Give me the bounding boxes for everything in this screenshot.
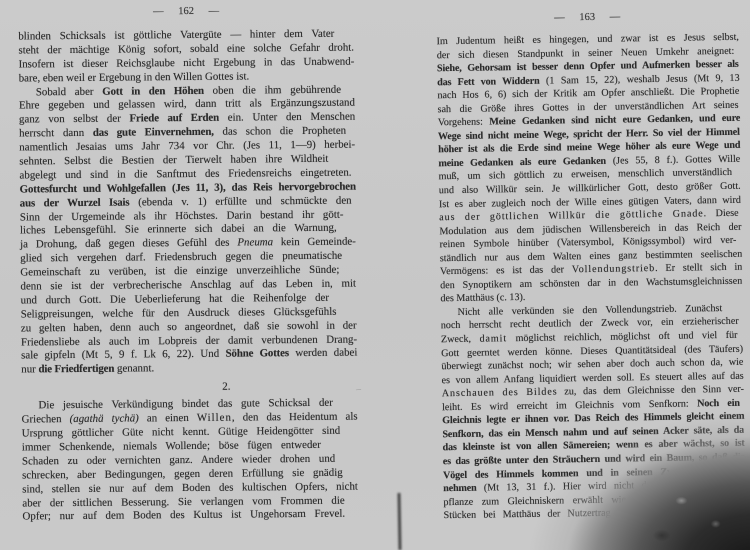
text-segment: und durch Gott. Die Ueberlieferung hat d… <box>21 292 329 307</box>
text-segment: Vermögens: es ist das der <box>440 265 572 278</box>
text-segment: Insofern ist dieser Reichsglaube nicht E… <box>19 55 355 70</box>
text-segment: genannt. <box>114 363 154 375</box>
text-segment: . Er stellt sich in <box>655 262 742 274</box>
text-segment: Sinn der Urgemeinde als ihr Höchstes. Da… <box>20 208 344 223</box>
text-segment: immer Schenkende, niemals Wollende; böse… <box>22 439 321 454</box>
text-segment: meine Gedanken als eure Gedanken <box>438 156 606 169</box>
text-segment: Noch ein <box>697 398 740 410</box>
text-segment: zu gelten haben, denn auch so angeordnet… <box>21 319 357 334</box>
text-segment: denn sie ist der verbrecherische Anschla… <box>20 278 356 293</box>
text-segment: Griechen <box>22 413 70 425</box>
text-segment: liches Lebensgefühl. Sie erinnerte sich … <box>20 222 337 237</box>
text-line: sale gipfeln (Mt 5, 9 f. Lk 6, 22). Und … <box>21 347 357 364</box>
text-segment: namentlich Jesaias ums Jahr 734 vor Chr.… <box>19 139 355 154</box>
text-segment: Opfer; nur auf dem Boden des Kultus ist … <box>22 508 345 523</box>
text-segment: , den das Heidentum als <box>232 411 358 424</box>
text-segment: Gemeinschaft zu verüben, ist die einzige… <box>20 264 339 279</box>
text-segment: werden dabei <box>289 347 358 360</box>
text-segment: des Matthäus (c. 13). <box>440 292 525 304</box>
text-segment: blinden Schicksals ist göttliche Vatergü… <box>18 28 334 43</box>
page-number-header: — 163 — <box>436 9 738 27</box>
text-segment: bare, eben weil er Ergebung in den Wille… <box>19 70 250 84</box>
text-segment: Vollendungstrieb <box>572 263 655 275</box>
text-line-content: Opfer; nur auf dem Boden des Kultus ist … <box>22 508 345 525</box>
text-line-content: des Matthäus (c. 13). <box>440 291 525 306</box>
text-segment: glied sich vergehen darf. Friedensbruch … <box>20 250 342 265</box>
text-segment: Sobald aber <box>36 85 103 98</box>
text-segment: ja Drohung, daß gegen dieses Gefühl des <box>20 237 237 251</box>
text-segment: ganz von selbst der <box>19 113 130 126</box>
text-segment: oben die ihm gebührende <box>204 83 341 96</box>
text-segment: (1 Sam 15, 22), weshalb Jesus (Mt 9, 13 <box>539 72 739 86</box>
text-segment: Friedensliebe als auch im Lobpreis der d… <box>21 333 357 348</box>
text-segment: sind, stellen sie nur auf dem Boden des … <box>22 480 358 495</box>
page-162: — 162 — blinden Schicksals ist göttliche… <box>18 0 359 525</box>
text-segment: aber der sittlichen Besserung. Sie verla… <box>22 494 344 509</box>
gutter-shadow-line <box>398 493 402 550</box>
text-segment: das gute Einvernehmen, <box>93 126 214 139</box>
text-segment: nehmen <box>443 483 476 494</box>
text-segment: Schaden zu oder vernichten ganz. Andere … <box>22 453 335 468</box>
text-segment: Ursprung göttlicher Güte nicht kennt. Gü… <box>22 425 341 440</box>
text-segment: abgelegt und sind in die Sanftmut des Fr… <box>19 166 351 181</box>
text-segment: aus der Wurzel Isais <box>20 196 130 209</box>
text-segment: Willen <box>197 412 232 424</box>
text-segment: Pneuma <box>237 237 273 249</box>
text-segment: an einen <box>139 412 197 425</box>
text-segment: (agathä tychä) <box>70 413 139 426</box>
text-segment: Die jesuische Verkündigung bindet das gu… <box>38 397 332 412</box>
text-segment: den Synoptikern am schönsten dar in den … <box>440 276 742 291</box>
section-heading: 2. <box>58 375 394 398</box>
text-line-content: Insofern ist dieser Reichsglaube nicht E… <box>19 55 355 72</box>
text-segment: ein. Unter den Menschen <box>219 111 355 124</box>
text-line: nur die Friedfertigen genannt. <box>21 361 357 378</box>
text-line-content: nur die Friedfertigen genannt. <box>21 363 154 378</box>
page-body: blinden Schicksals ist göttliche Vatergü… <box>18 28 358 525</box>
text-segment: steht der mächtige König sofort, sobald … <box>18 41 354 56</box>
text-segment: sale gipfeln (Mt 5, 9 f. Lk 6, 22). Und <box>21 348 226 362</box>
text-segment: zu, das dem Gleichnisse den Sinn ver- <box>558 384 744 398</box>
page-163: — 163 — Im Judentum heißt es hingegen, u… <box>436 0 746 523</box>
text-segment: Ehre gegeben und gelassen wird, dann tri… <box>19 97 355 112</box>
text-line-content: sale gipfeln (Mt 5, 9 f. Lk 6, 22). Und … <box>21 347 357 364</box>
text-segment: Seligpreisungen, welche für den Ausdruck… <box>21 306 337 321</box>
page-number-header: — 162 — <box>18 4 354 21</box>
text-segment: damit <box>479 333 507 344</box>
text-line: Opfer; nur auf dem Boden des Kultus ist … <box>22 508 358 525</box>
text-segment: Friede auf Erden <box>129 112 219 125</box>
text-segment: schrecken, aber Bedingungen, gegen deren… <box>22 466 343 481</box>
text-segment: die Friedfertigen <box>38 363 114 376</box>
text-segment: (Jes 55, 8 f.). Gottes Wille <box>606 154 740 167</box>
text-line: Insofern ist dieser Reichsglaube nicht E… <box>19 55 355 72</box>
book-scan: — 162 — blinden Schicksals ist göttliche… <box>0 0 750 550</box>
page-body: Im Judentum heißt es hingegen, und zwar … <box>437 31 746 523</box>
text-segment: sehnten. Selbst die Bestien der Tierwelt… <box>19 153 328 168</box>
text-segment: nur <box>21 364 38 376</box>
text-segment: Stücken bei Matthäus der Nutzertrag von … <box>444 506 746 521</box>
text-segment: Anschauen des Bildes <box>442 387 558 400</box>
text-segment: (ebenda v. 1) erfüllte und schmückte den <box>129 194 351 208</box>
text-segment: das Fett von Widdern <box>437 75 539 88</box>
text-segment: Diese <box>707 208 739 219</box>
text-segment: kein Gemeinde- <box>273 236 356 249</box>
text-segment: herrscht dann <box>19 127 93 140</box>
margin-pencil-mark: – <box>356 384 362 395</box>
text-segment: Zweck, <box>441 334 480 346</box>
text-segment: Gott in den Höhen <box>102 84 204 97</box>
text-segment: das schon die Propheten <box>214 125 346 138</box>
text-segment: Söhne Gottes <box>226 348 289 361</box>
text-segment: Gottesfurcht und Wohlgefallen (Jes 11, 3… <box>20 180 356 195</box>
text-segment: Vorgehens: <box>438 117 490 129</box>
